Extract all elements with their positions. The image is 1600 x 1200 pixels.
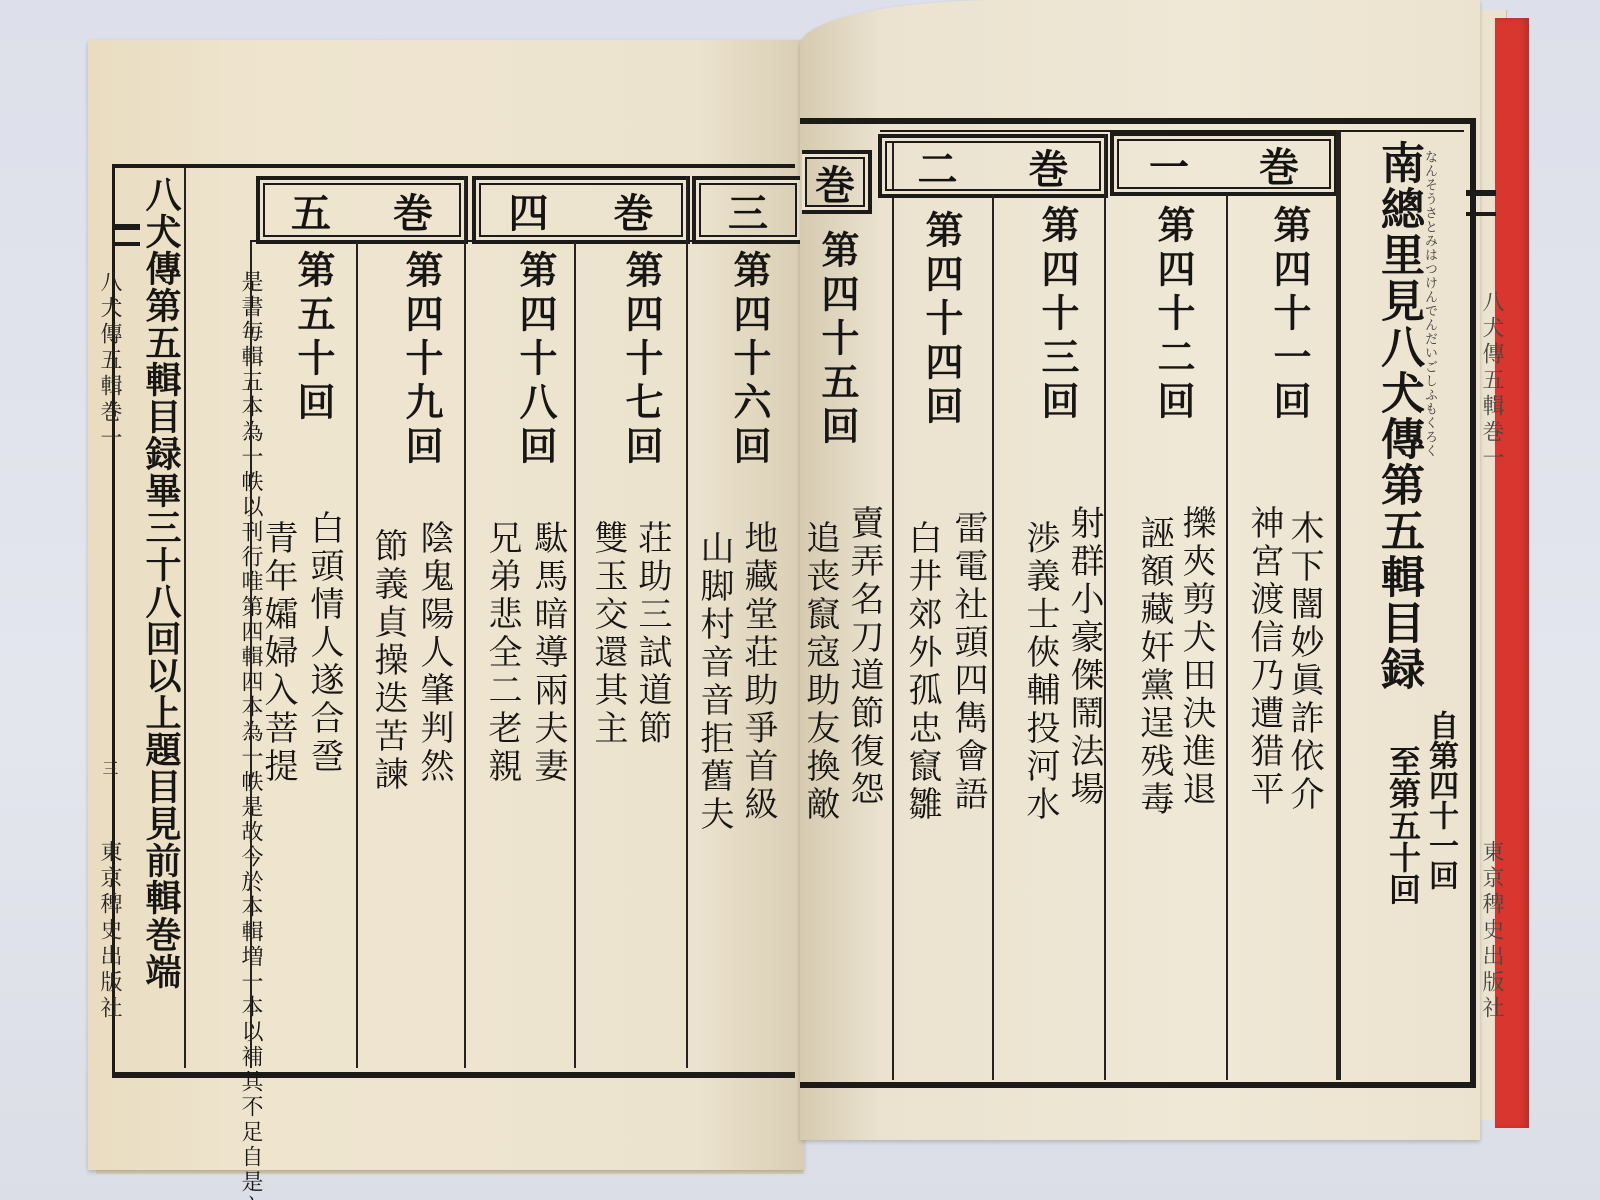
volume-3-header-right: 巻 (802, 150, 872, 214)
volume-5-header: 五 巻 (256, 176, 468, 244)
volume-2-header: 二 巻 (878, 134, 1108, 198)
chapter-49-number: 第四十九回 (394, 250, 449, 470)
chapter-44-number: 第四十四回 (914, 210, 969, 430)
column-divider (1104, 134, 1106, 1080)
left-page-number: 三 (98, 760, 121, 780)
chapter-42-line-2: 誣額藏奸黨逞残毒 (1130, 515, 1179, 819)
column-divider (574, 242, 576, 1068)
chapter-45-number: 第四十五回 (810, 230, 865, 450)
summary-title: 八犬傳第五輯目録畢三十八回以上題目見前輯巻端 (136, 176, 187, 1056)
column-divider (1226, 194, 1228, 1080)
range-to: 至第五十回 (1380, 745, 1426, 905)
chapter-47-line-1: 荘助三試道節 (628, 520, 677, 748)
chapter-48-number: 第四十八回 (508, 250, 563, 470)
column-divider (464, 176, 466, 1068)
chapter-47-line-2: 雙玉交還其主 (584, 520, 633, 748)
chapter-49-line-2: 節義貞操迭苦諫 (364, 528, 413, 794)
right-fishtail-mark (1466, 190, 1496, 196)
left-spine-title: 八犬傳五輯巻一 (94, 270, 125, 452)
book-title-furigana: なんそうさとみはつけんでんだいごしふもくろく (1420, 150, 1439, 710)
right-publisher: 東京稗史出版社 (1476, 840, 1507, 1022)
column-divider (686, 176, 688, 1068)
column-divider (892, 140, 894, 1080)
chapter-50-line-2: 青年孀婦入菩提 (254, 520, 303, 786)
right-fishtail-mark-2 (1466, 212, 1496, 216)
column-divider (356, 242, 358, 1068)
volume-3-header-left: 三 (692, 176, 800, 244)
column-divider (992, 194, 994, 1080)
chapter-45-line-2: 追丧竄寇助友換敵 (796, 520, 845, 824)
chapter-41-number: 第四十一回 (1262, 205, 1317, 425)
chapter-46-number: 第四十六回 (722, 250, 777, 470)
chapter-46-line-1: 地藏堂荘助爭首級 (734, 520, 783, 824)
chapter-44-line-2: 白井郊外孤忠竄雛 (898, 520, 947, 824)
divider (184, 168, 186, 1068)
chapter-48-line-2: 兄弟悲全二老親 (478, 520, 527, 786)
chapter-43-number: 第四十三回 (1030, 205, 1085, 425)
left-publisher: 東京稗史出版社 (94, 840, 125, 1022)
chapter-50-line-1: 白頭情人遂合巹 (300, 510, 349, 776)
chapter-47-number: 第四十七回 (614, 250, 669, 470)
chapter-44-line-1: 雷電社頭四雋會語 (944, 510, 993, 814)
chapter-46-line-2: 山脚村音音拒舊夫 (690, 530, 739, 834)
right-spine-title: 八犬傳五輯巻一 (1476, 290, 1507, 472)
chapter-49-line-1: 陰鬼陽人肇判然 (410, 520, 459, 786)
divider (250, 240, 252, 1068)
volume-4-header: 四 巻 (472, 176, 690, 244)
chapter-41-line-2: 神宮渡信乃遭猎平 (1240, 505, 1289, 809)
chapter-42-line-1: 擽夾剪犬田決進退 (1172, 505, 1221, 809)
chapter-42-number: 第四十二回 (1146, 205, 1201, 425)
chapter-50-number: 第五十回 (286, 250, 341, 426)
chapter-48-line-1: 駄馬暗導兩夫妻 (524, 520, 573, 786)
chapter-43-line-2: 渉義士俠輔投河水 (1016, 520, 1065, 824)
chapter-45-line-1: 賣弄名刀道節復怨 (840, 505, 889, 809)
title-border (1336, 130, 1341, 1080)
volume-1-header: 一 巻 (1110, 132, 1338, 196)
chapter-43-line-1: 射群小豪傑鬧法場 (1060, 505, 1109, 809)
